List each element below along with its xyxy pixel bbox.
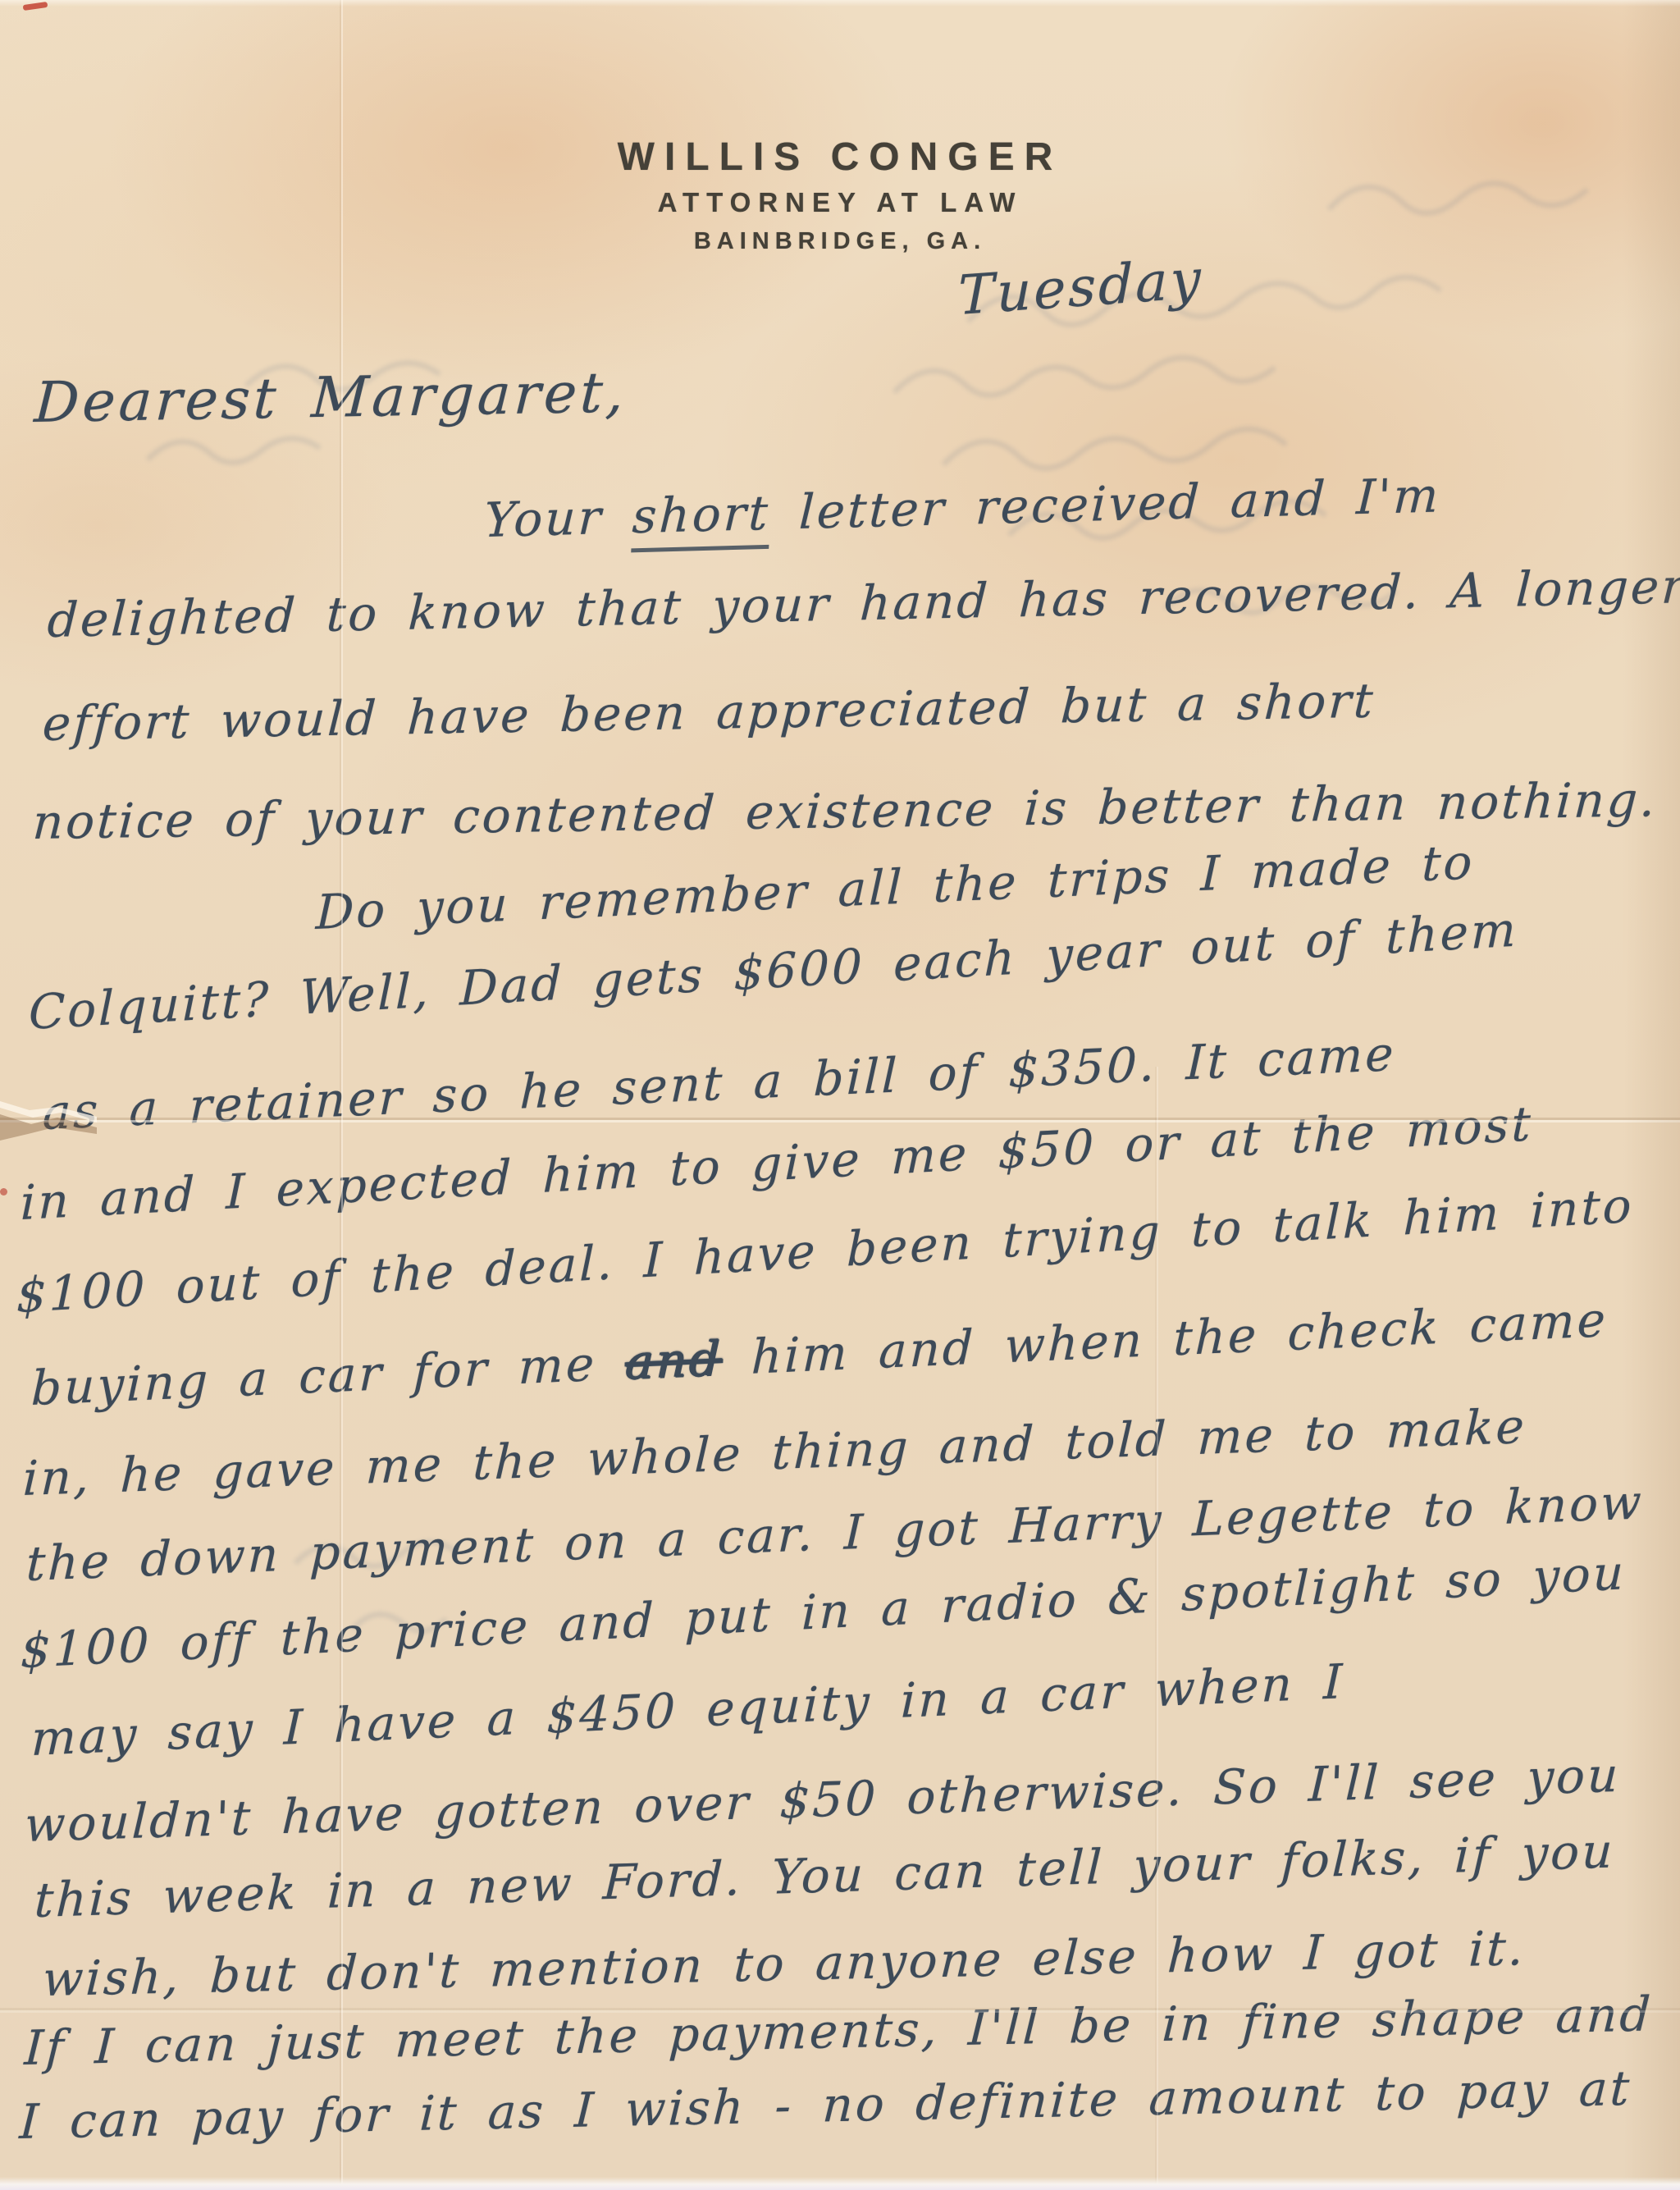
scan-edge-shadow [1623,0,1680,2190]
letterhead-location: BAINBRIDGE, GA. [0,228,1680,255]
scan-bottom-edge [0,2177,1680,2190]
letterhead-title: ATTORNEY AT LAW [0,187,1680,218]
letterhead: WILLIS CONGER ATTORNEY AT LAW BAINBRIDGE… [0,135,1680,255]
underlined-word: short [631,485,771,553]
horizontal-fold-crease [0,1118,1680,1122]
scan-edge-highlight [0,0,1680,7]
vertical-fold-crease [340,0,343,2190]
letterhead-name: WILLIS CONGER [0,135,1680,180]
red-mark [0,1188,7,1196]
struck-word: and [625,1330,724,1390]
vertical-fold-crease [1155,1067,1158,2190]
horizontal-fold-crease [0,2008,1680,2013]
line-text: Your [483,488,634,548]
salutation: Dearest Margaret, [33,360,628,436]
